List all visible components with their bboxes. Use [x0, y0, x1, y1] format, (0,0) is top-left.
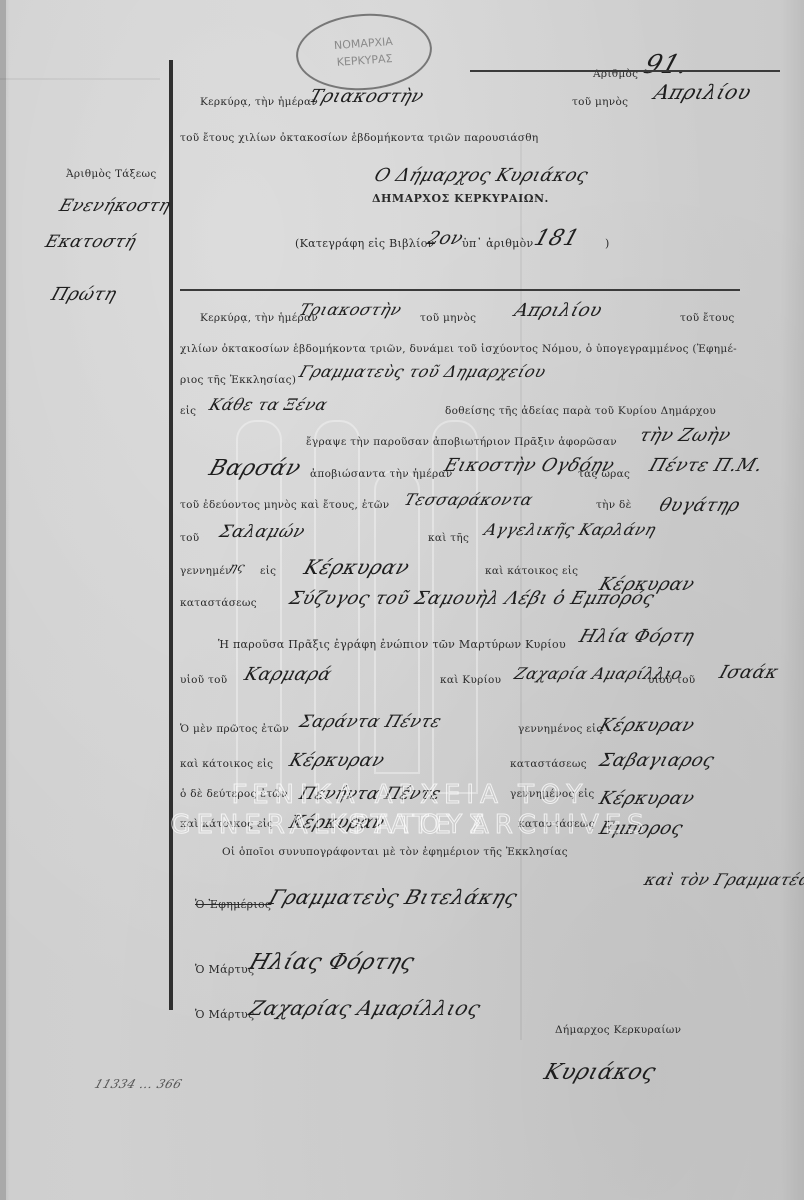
- registry-mid: ὑπ᾽ ἀριθμὸν: [462, 237, 534, 250]
- marginal-note: 11334 ... 366: [93, 1077, 184, 1091]
- document-number-value: 91.: [640, 50, 693, 80]
- son-of-label-1: υἱοῦ τοῦ: [180, 674, 227, 686]
- body-line-7: τοῦ ἐδεύοντος μηνὸς καὶ ἔτους, ἐτῶν: [180, 499, 389, 511]
- prefecture-stamp: ΝΟΜΑΡΧΙΑ ΚΕΡΚΥΡΑΣ: [294, 9, 435, 94]
- first-resident-handwritten: Κέρκυραν: [287, 750, 388, 771]
- mayor-label: Δήμαρχος Κερκυραίων: [555, 1024, 681, 1036]
- daughter-label: τὴν δὲ: [596, 499, 632, 511]
- body-line-6-mid: ἀποβιώσαντα τὴν ἡμέραν: [310, 468, 453, 480]
- death-hour-handwritten: Πέντε Π.Μ.: [647, 455, 766, 476]
- first-resident-label: καὶ κάτοικος εἰς: [180, 758, 273, 770]
- deceased-first-name-handwritten: τὴν Ζωὴν: [637, 425, 734, 446]
- registry-book-handwritten: 2ον: [425, 228, 467, 249]
- first-status-label: καταστάσεως: [510, 758, 587, 770]
- section-divider: [180, 289, 740, 291]
- birthplace-handwritten: Κέρκυραν: [301, 555, 413, 579]
- mayor-title: ΔΗΜΑΡΧΟΣ ΚΕΡΚΥΡΑΙΩΝ.: [372, 192, 549, 205]
- sidebar-order-hand-2: Εκατοστή: [43, 232, 139, 252]
- mother-name-handwritten: Αγγελικῆς Καρλάνη: [482, 520, 659, 539]
- clergy-signature: Γραμματεὺς Βιτελάκης: [266, 885, 521, 909]
- body-line-4-suffix: δοθείσης τῆς ἀδείας παρὰ τοῦ Κυρίου Δημά…: [445, 405, 716, 417]
- cosign-line: Οἱ ὁποῖοι συνυπογράφονται μὲ τὸν ἐφημέρι…: [222, 846, 568, 858]
- mayor-signature: Κυριάκος: [541, 1060, 659, 1085]
- page-edge: [0, 0, 6, 1200]
- born-label: γεννημέν: [180, 565, 232, 577]
- registry-number-handwritten: 181: [531, 226, 583, 251]
- deceased-surname-handwritten: Βαρσάν: [206, 456, 304, 481]
- clergy-label: Ὁ Ἐφημέριος: [195, 898, 271, 911]
- and-of-label: καὶ τῆς: [428, 532, 469, 544]
- sidebar-order-label: Ἀριθμὸς Τάξεως: [66, 168, 157, 180]
- place-handwritten: Κάθε τα Ξένα: [207, 395, 330, 414]
- header-month-handwritten: Απριλίου: [651, 80, 755, 104]
- hour-label: τὰς ὥρας: [578, 468, 630, 480]
- witness-intro: Ἡ παροῦσα Πρᾶξις ἐγράφη ἐνώπιον τῶν Μαρτ…: [218, 638, 566, 651]
- archive-watermark-english: GENERAL STATE ARCHIVES: [150, 810, 670, 840]
- body-day-handwritten: Τριακοστὴν: [297, 300, 405, 319]
- body-line-5: ἔγραψε τὴν παροῦσαν ἀποβιωτήριον Πρᾶξιν …: [306, 436, 617, 448]
- daughter-handwritten: θυγάτηρ: [657, 495, 743, 516]
- sidebar-order-hand-1: Ενενήκοστη: [57, 196, 173, 216]
- first-born-label: γεννημένος εἰς: [518, 723, 603, 735]
- header-year-line: τοῦ ἔτους χιλίων ὀκτακοσίων ἑβδομήκοντα …: [180, 132, 538, 144]
- status-handwritten: Σύζυγος τοῦ Σαμουὴλ Λέβι ὁ Εμπορός: [287, 588, 658, 609]
- status-label: καταστάσεως: [180, 597, 257, 609]
- header-day-handwritten: Τριακοστὴν: [307, 86, 427, 107]
- first-born-handwritten: Κέρκυραν: [597, 715, 698, 736]
- clergy-role-handwritten: Γραμματεὺς τοῦ Δημαρχείου: [297, 362, 549, 381]
- header-rule: [470, 70, 780, 72]
- first-age-label: Ὁ μὲν πρῶτος ἐτῶν: [180, 723, 289, 735]
- witness-1-handwritten: Ηλία Φόρτη: [577, 626, 698, 647]
- first-status-handwritten: Σαβαγιαρος: [597, 750, 718, 771]
- header-date-prefix: Κερκύρᾳ, τὴν ἡμέραν: [200, 96, 318, 108]
- sidebar-order-hand-3: Πρώτη: [49, 284, 120, 305]
- body-line-4-prefix: εἰς: [180, 405, 196, 417]
- body-line-3-prefix: ριος τῆς Ἐκκλησίας): [180, 374, 296, 386]
- of-label: τοῦ: [180, 532, 199, 544]
- registry-close: ): [605, 237, 610, 250]
- witness-signature-2: Ζαχαρίας Αμαρίλλιος: [246, 996, 484, 1020]
- witness-1-father-handwritten: Καρμαρά: [242, 664, 335, 685]
- age-handwritten: Τεσσαράκοντα: [402, 490, 536, 509]
- and-mr-label: καὶ Κυρίου: [440, 674, 501, 686]
- stamp-line-2: ΚΕΡΚΥΡΑΣ: [336, 50, 393, 71]
- header-month-label: τοῦ μηνὸς: [572, 96, 628, 108]
- scanned-document-page: ΝΟΜΑΡΧΙΑ ΚΕΡΚΥΡΑΣ Αριθμὸς 91. Κερκύρᾳ, τ…: [0, 0, 804, 1200]
- witness-signature-1: Ηλίας Φόρτης: [246, 950, 418, 975]
- fold-line: [0, 78, 160, 80]
- witness-2-father-handwritten: Ισαάκ: [717, 662, 782, 683]
- body-line-2: χιλίων ὀκτακοσίων ἑβδομήκοντα τριῶν, δυν…: [180, 343, 737, 355]
- son-of-label-2: υἱοῦ τοῦ: [648, 674, 695, 686]
- resident-label: καὶ κάτοικος εἰς: [485, 565, 578, 577]
- body-month-handwritten: Απριλίου: [512, 300, 606, 321]
- registry-open: (Κατεγράφη εἰς Βιβλίον: [295, 237, 435, 250]
- body-year-label: τοῦ ἔτους: [680, 312, 735, 324]
- mayor-signature-top: Ο Δήμαρχος Κυριάκος: [372, 165, 591, 186]
- first-age-handwritten: Σαράντα Πέντε: [297, 712, 444, 732]
- cosign-handwritten: καὶ τὸν Γραμματέα: [642, 870, 804, 889]
- born-in-label: εἰς: [260, 565, 276, 577]
- body-month-label: τοῦ μηνὸς: [420, 312, 476, 324]
- father-name-handwritten: Σαλαμών: [217, 522, 308, 542]
